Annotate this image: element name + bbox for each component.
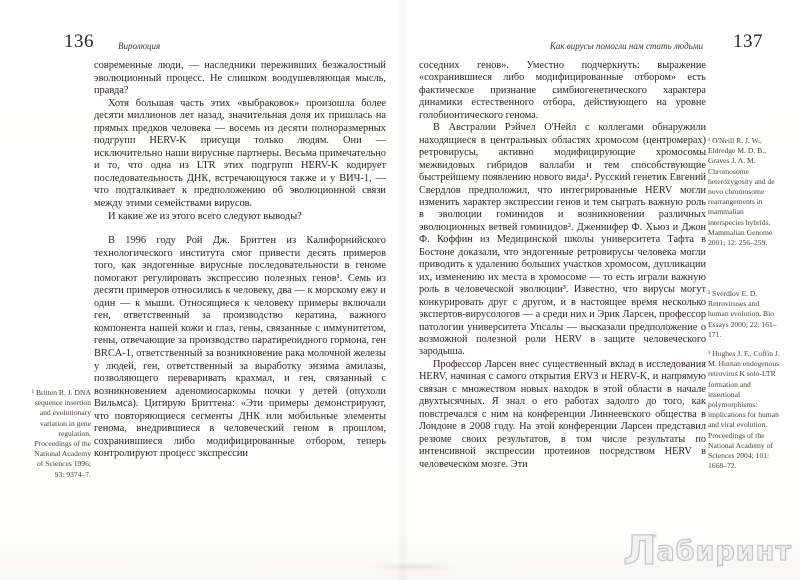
margin-note-reference: ³ Hughes J. F., Coffin J. M. Human endog…	[708, 349, 781, 471]
page-number-right: 137	[733, 31, 763, 53]
watermark-text: абиринт	[656, 536, 792, 567]
sparkle-icon: ☀	[649, 530, 659, 543]
running-head-left: Виролюция	[118, 41, 160, 51]
paragraph: Профессор Ларсен внес существенный вклад…	[419, 359, 706, 471]
paragraph: В Австралии Рэйчел О'Нейл с коллегами об…	[419, 122, 706, 359]
paragraph: В 1996 году Рой Дж. Бриттен из Калифорни…	[94, 235, 386, 461]
paragraph: соседних генов». Уместно подчеркнуть: вы…	[419, 60, 706, 122]
labirint-watermark-logo: ☀ Лабиринт	[623, 528, 792, 574]
scan-smudge	[370, 562, 460, 572]
paragraph: современные люди, — наследники переживши…	[94, 60, 386, 98]
page-number-left: 136	[64, 31, 94, 53]
margin-note-reference: ² Sverdlov E. D. Retroviruses and human …	[708, 289, 781, 340]
right-page-text-column: соседних генов». Уместно подчеркнуть: вы…	[419, 60, 706, 512]
page-gutter	[396, 0, 410, 580]
paragraph: И какие же из этого всего следуют выводы…	[94, 211, 386, 224]
book-spread-scan: 136 Виролюция современные люди, — наслед…	[0, 0, 800, 580]
left-page-text-column: современные люди, — наследники переживши…	[94, 60, 386, 502]
footnote-reference: ¹ Britten R. J. DNA sequence insertion a…	[30, 388, 91, 480]
paragraph: Хотя большая часть этих «выбраковок» про…	[94, 98, 386, 211]
running-head-right: Как вирусы помогли нам стать людьми	[550, 41, 703, 51]
margin-note-reference: ¹ O'Neill R. J. W., Eldredge M. D. B., G…	[708, 136, 781, 248]
